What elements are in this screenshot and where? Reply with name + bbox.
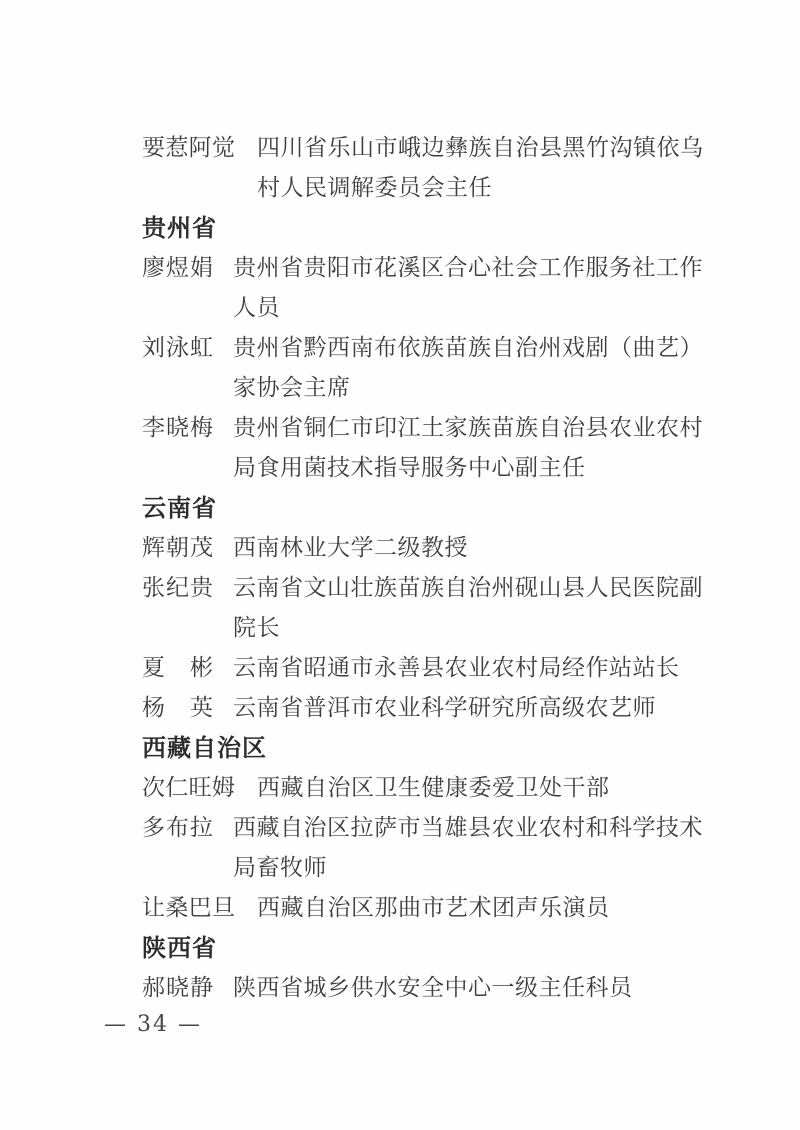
roster-entry: 要惹阿觉四川省乐山市峨边彝族自治县黑竹沟镇依乌村人民调解委员会主任 — [142, 128, 730, 208]
person-name: 廖煜娟 — [142, 248, 213, 288]
province-section-header: 陕西省 — [142, 928, 730, 968]
position-line: 院长 — [233, 608, 730, 648]
person-position: 西藏自治区卫生健康委爱卫处干部 — [257, 768, 730, 808]
position-line: 四川省乐山市峨边彝族自治县黑竹沟镇依乌 — [257, 128, 730, 168]
person-name: 次仁旺姆 — [142, 768, 235, 808]
document-page: 要惹阿觉四川省乐山市峨边彝族自治县黑竹沟镇依乌村人民调解委员会主任贵州省廖煜娟贵… — [0, 0, 800, 1130]
position-line: 局畜牧师 — [233, 848, 730, 888]
person-position: 陕西省城乡供水安全中心一级主任科员 — [233, 968, 730, 1008]
person-position: 四川省乐山市峨边彝族自治县黑竹沟镇依乌村人民调解委员会主任 — [257, 128, 730, 208]
province-section-header: 云南省 — [142, 488, 730, 528]
position-line: 贵州省铜仁市印江土家族苗族自治县农业农村 — [233, 408, 730, 448]
position-line: 云南省文山壮族苗族自治州砚山县人民医院副 — [233, 568, 730, 608]
page-footer: — 34 — — [0, 1010, 800, 1040]
position-line: 西藏自治区拉萨市当雄县农业农村和科学技术 — [233, 808, 730, 848]
province-section-header: 贵州省 — [142, 208, 730, 248]
position-line: 局食用菌技术指导服务中心副主任 — [233, 448, 730, 488]
person-position: 贵州省铜仁市印江土家族苗族自治县农业农村局食用菌技术指导服务中心副主任 — [233, 408, 730, 488]
page-number: — 34 — — [104, 1012, 202, 1037]
person-name: 让桑巴旦 — [142, 888, 235, 928]
person-name: 夏彬 — [142, 648, 213, 688]
roster-entry: 刘泳虹贵州省黔西南布依族苗族自治州戏剧（曲艺）家协会主席 — [142, 328, 730, 408]
roster-entry: 李晓梅贵州省铜仁市印江土家族苗族自治县农业农村局食用菌技术指导服务中心副主任 — [142, 408, 730, 488]
person-position: 云南省文山壮族苗族自治州砚山县人民医院副院长 — [233, 568, 730, 648]
position-line: 村人民调解委员会主任 — [257, 168, 730, 208]
person-name: 杨英 — [142, 688, 213, 728]
roster-entry: 廖煜娟贵州省贵阳市花溪区合心社会工作服务社工作人员 — [142, 248, 730, 328]
position-line: 贵州省贵阳市花溪区合心社会工作服务社工作 — [233, 248, 730, 288]
position-line: 家协会主席 — [233, 368, 730, 408]
person-position: 贵州省黔西南布依族苗族自治州戏剧（曲艺）家协会主席 — [233, 328, 730, 408]
position-line: 西藏自治区那曲市艺术团声乐演员 — [257, 888, 730, 928]
roster-entry: 夏彬云南省昭通市永善县农业农村局经作站站长 — [142, 648, 730, 688]
person-position: 西南林业大学二级教授 — [233, 528, 730, 568]
position-line: 云南省昭通市永善县农业农村局经作站站长 — [233, 648, 730, 688]
roster-entry: 郝晓静陕西省城乡供水安全中心一级主任科员 — [142, 968, 730, 1008]
roster-entry: 杨英云南省普洱市农业科学研究所高级农艺师 — [142, 688, 730, 728]
person-name: 李晓梅 — [142, 408, 213, 448]
position-line: 西藏自治区卫生健康委爱卫处干部 — [257, 768, 730, 808]
person-position: 西藏自治区拉萨市当雄县农业农村和科学技术局畜牧师 — [233, 808, 730, 888]
person-name: 刘泳虹 — [142, 328, 213, 368]
roster-entry: 次仁旺姆西藏自治区卫生健康委爱卫处干部 — [142, 768, 730, 808]
roster-list: 要惹阿觉四川省乐山市峨边彝族自治县黑竹沟镇依乌村人民调解委员会主任贵州省廖煜娟贵… — [0, 128, 800, 1008]
person-name: 郝晓静 — [142, 968, 213, 1008]
roster-entry: 多布拉西藏自治区拉萨市当雄县农业农村和科学技术局畜牧师 — [142, 808, 730, 888]
position-line: 贵州省黔西南布依族苗族自治州戏剧（曲艺） — [233, 328, 730, 368]
person-name: 辉朝茂 — [142, 528, 213, 568]
person-position: 西藏自治区那曲市艺术团声乐演员 — [257, 888, 730, 928]
person-position: 云南省普洱市农业科学研究所高级农艺师 — [233, 688, 730, 728]
person-name: 多布拉 — [142, 808, 213, 848]
position-line: 陕西省城乡供水安全中心一级主任科员 — [233, 968, 730, 1008]
position-line: 西南林业大学二级教授 — [233, 528, 730, 568]
roster-entry: 张纪贵云南省文山壮族苗族自治州砚山县人民医院副院长 — [142, 568, 730, 648]
position-line: 人员 — [233, 288, 730, 328]
roster-entry: 辉朝茂西南林业大学二级教授 — [142, 528, 730, 568]
person-position: 云南省昭通市永善县农业农村局经作站站长 — [233, 648, 730, 688]
province-section-header: 西藏自治区 — [142, 728, 730, 768]
person-position: 贵州省贵阳市花溪区合心社会工作服务社工作人员 — [233, 248, 730, 328]
person-name: 张纪贵 — [142, 568, 213, 608]
person-name: 要惹阿觉 — [142, 128, 235, 168]
position-line: 云南省普洱市农业科学研究所高级农艺师 — [233, 688, 730, 728]
roster-entry: 让桑巴旦西藏自治区那曲市艺术团声乐演员 — [142, 888, 730, 928]
